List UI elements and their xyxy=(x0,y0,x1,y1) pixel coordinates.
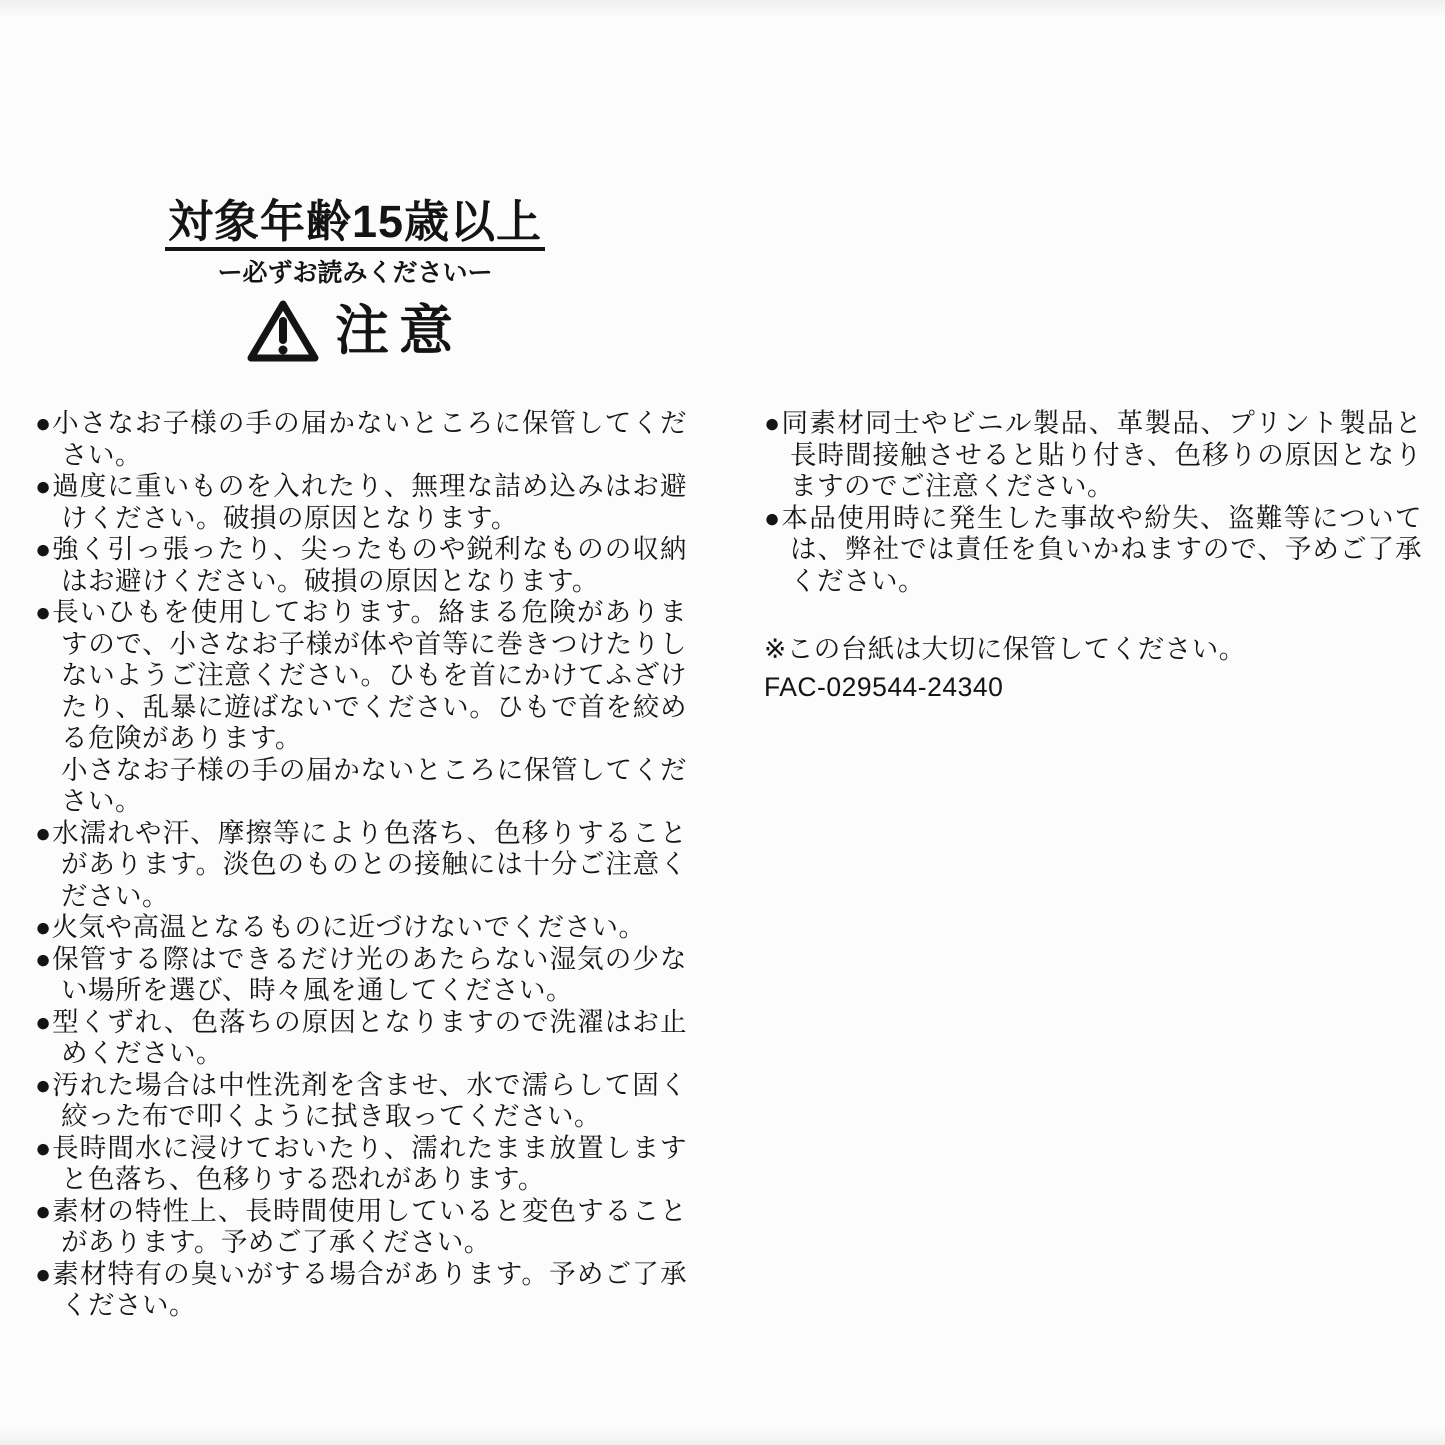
keep-card-note: ※この台紙は大切に保管してください。 xyxy=(764,634,1422,666)
header: 対象年齢15歳以上 ー必ずお読みくださいー 注意 xyxy=(150,198,560,365)
caution-item: ●長時間水に浸けておいたり、濡れたまま放置しますと色落ち、色移りする恐れがありま… xyxy=(35,1133,687,1196)
caution-item: ●素材の特性上、長時間使用していると変色することがあります。予めご了承ください。 xyxy=(35,1196,687,1259)
caution-item: ●同素材同士やビニル製品、革製品、プリント製品と長時間接触させると貼り付き、色移… xyxy=(764,408,1422,503)
caution-item: ●型くずれ、色落ちの原因となりますので洗濯はお止めください。 xyxy=(35,1007,687,1070)
caution-item: ●汚れた場合は中性洗剤を含ませ、水で濡らして固く絞った布で叩くように拭き取ってく… xyxy=(35,1070,687,1133)
caution-item: ●強く引っ張ったり、尖ったものや鋭利なものの収納はお避けください。破損の原因とな… xyxy=(35,534,687,597)
caution-item: ●長いひもを使用しております。絡まる危険がありますので、小さなお子様が体や首等に… xyxy=(35,597,687,818)
caution-item: ●小さなお子様の手の届かないところに保管してください。 xyxy=(35,408,687,471)
caution-item: ●火気や高温となるものに近づけないでください。 xyxy=(35,912,687,944)
product-code: FAC-029544-24340 xyxy=(764,672,1422,704)
caution-heading-row: 注意 xyxy=(150,297,560,365)
age-notice-title: 対象年齢15歳以上 xyxy=(165,198,545,251)
caution-item: ●本品使用時に発生した事故や紛失、盗難等については、弊社では責任を負いかねますの… xyxy=(764,503,1422,598)
read-notice-subtitle: ー必ずお読みくださいー xyxy=(150,260,560,287)
caution-item: ●素材特有の臭いがする場合があります。予めご了承ください。 xyxy=(35,1259,687,1322)
caution-card: 対象年齢15歳以上 ー必ずお読みくださいー 注意 ●小さなお子様の手の届かないと… xyxy=(0,0,1445,1445)
caution-item: ●水濡れや汗、摩擦等により色落ち、色移りすることがあります。淡色のものとの接触に… xyxy=(35,818,687,913)
caution-list-left: ●小さなお子様の手の届かないところに保管してください。 ●過度に重いものを入れた… xyxy=(35,408,687,1322)
warning-triangle-icon xyxy=(247,297,319,365)
caution-item: ●保管する際はできるだけ光のあたらない湿気の少ない場所を選び、時々風を通してくだ… xyxy=(35,944,687,1007)
caution-list-right: ●同素材同士やビニル製品、革製品、プリント製品と長時間接触させると貼り付き、色移… xyxy=(764,408,1422,703)
caution-title: 注意 xyxy=(335,301,463,361)
caution-item: ●過度に重いものを入れたり、無理な詰め込みはお避けください。破損の原因となります… xyxy=(35,471,687,534)
